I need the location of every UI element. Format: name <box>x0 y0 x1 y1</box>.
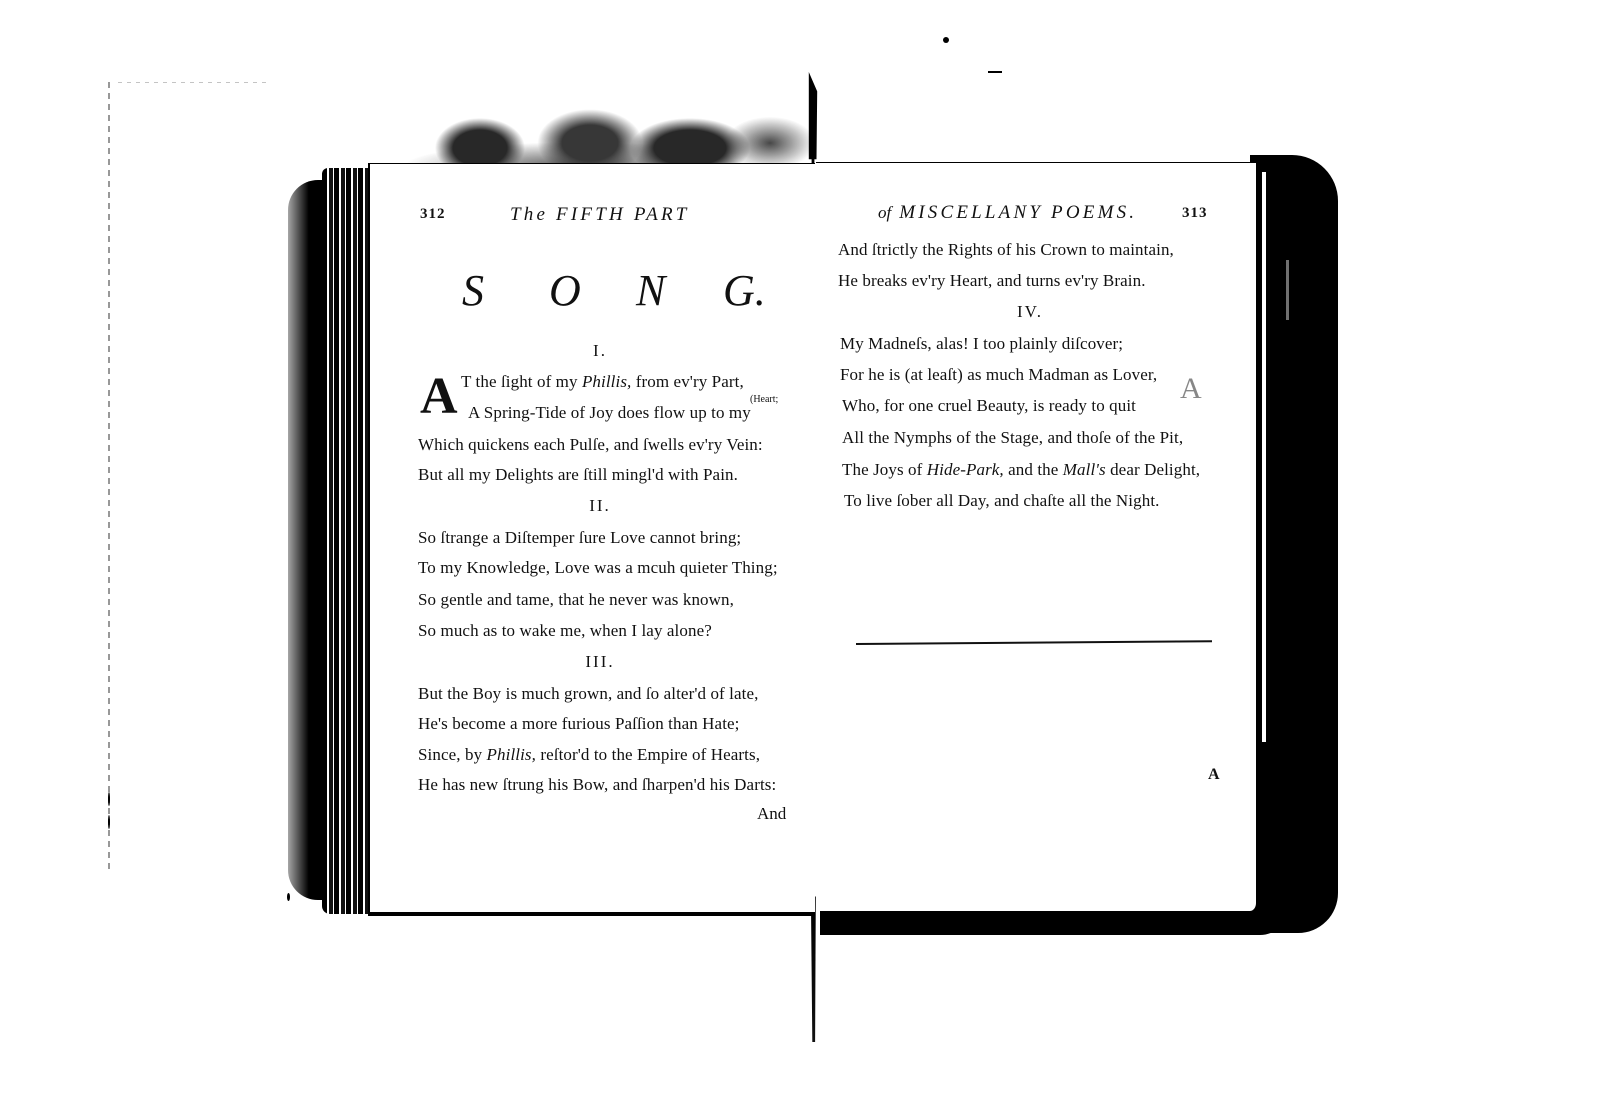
stanza-number: I. <box>560 341 640 361</box>
verse-line: He's become a more furious Paſſion than … <box>418 714 740 734</box>
bleed-through-letter: A <box>1180 372 1202 406</box>
song-title: SONG. <box>462 265 810 316</box>
scan-speck <box>988 71 1002 73</box>
scan-margin-top <box>118 82 268 83</box>
catchword: And <box>757 804 786 824</box>
title-letter: G. <box>723 265 810 316</box>
left-running-head: The FIFTH PART <box>510 204 690 226</box>
turnover-word: (Heart; <box>750 394 778 405</box>
signature-mark: A <box>1208 766 1220 784</box>
stanza-number: IV. <box>990 302 1070 322</box>
verse-line: The Joys of Hide-Park, and the Mall's de… <box>842 460 1200 480</box>
right-cover-highlight <box>1286 260 1289 320</box>
verse-line: Who, for one cruel Beauty, is ready to q… <box>842 396 1136 416</box>
verse-line: For he is (at leaſt) as much Madman as L… <box>840 365 1157 385</box>
verse-line: To live ſober all Day, and chaſte all th… <box>844 491 1160 511</box>
title-letter: N <box>636 265 723 316</box>
left-page-edges <box>322 168 372 914</box>
verse-line: But all my Delights are ſtill mingl'd wi… <box>418 465 738 485</box>
right-page-edge <box>1262 172 1266 742</box>
verse-line: So ſtrange a Diſtemper ſure Love cannot … <box>418 528 741 548</box>
verse-line: A Spring-Tide of Joy does flow up to my <box>468 403 751 423</box>
verse-line: So gentle and tame, that he never was kn… <box>418 590 734 610</box>
verse-line: Which quickens each Pulſe, and ſwells ev… <box>418 435 763 455</box>
scan-speck <box>108 792 110 806</box>
drop-cap: A <box>420 371 458 423</box>
verse-line: Since, by Phillis, reſtor'd to the Empir… <box>418 745 760 765</box>
right-page-number: 313 <box>1182 205 1208 222</box>
verse-line: So much as to wake me, when I lay alone? <box>418 621 712 641</box>
verse-line: All the Nymphs of the Stage, and thoſe o… <box>842 428 1183 448</box>
verse-line: My Madneſs, alas! I too plainly diſcover… <box>840 334 1123 354</box>
verse-line: To my Knowledge, Love was a mcuh quieter… <box>418 558 778 578</box>
verse-line: But the Boy is much grown, and ſo alter'… <box>418 684 758 704</box>
left-page-number: 312 <box>420 206 446 223</box>
verse-line: He has new ſtrung his Bow, and ſharpen'd… <box>418 775 776 795</box>
verse-line: He breaks ev'ry Heart, and turns ev'ry B… <box>838 271 1146 291</box>
title-letter: O <box>549 265 636 316</box>
scan-speck <box>108 815 110 829</box>
scan-speck <box>943 37 949 43</box>
verse-line: And ſtrictly the Rights of his Crown to … <box>838 240 1174 260</box>
title-letter: S <box>462 265 549 316</box>
stanza-number: III. <box>560 652 640 672</box>
scan-speck <box>287 893 290 901</box>
verse-line: T the ſight of my Phillis, from ev'ry Pa… <box>461 372 744 392</box>
scan-margin-edge <box>108 82 110 872</box>
stanza-number: II. <box>560 496 640 516</box>
page-top-shadow <box>340 88 815 168</box>
right-running-head: of MISCELLANY POEMS. <box>878 202 1137 224</box>
